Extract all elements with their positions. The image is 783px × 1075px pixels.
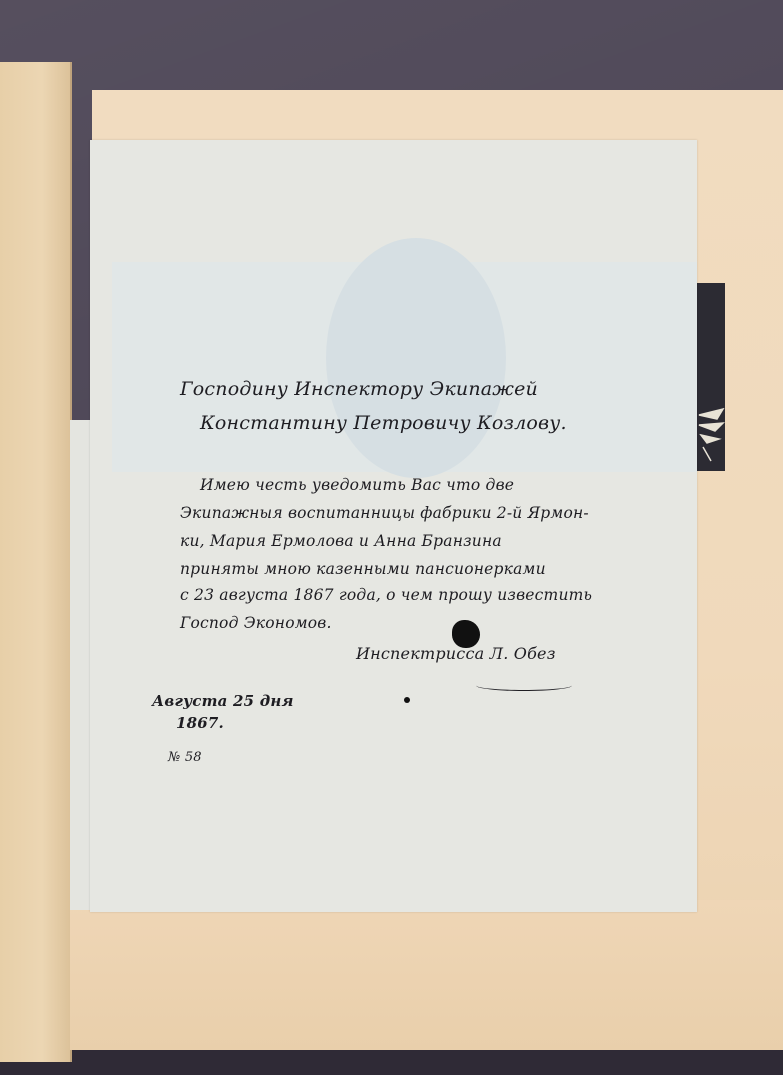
body-line: ки, Мария Ермолова и Анна Бранзина (180, 532, 502, 550)
sheet-edge (70, 420, 90, 910)
date-line-1: Августа 25 дня (152, 692, 294, 710)
signature-flourish (476, 680, 572, 691)
body-line: Экипажныя воспитанницы фабрики 2-й Ярмон… (180, 504, 589, 522)
address-line-1: Господину Инспектору Экипажей (180, 378, 538, 400)
ink-dot (404, 697, 410, 703)
body-line: Господ Экономов. (180, 614, 332, 632)
body-line: Имею честь уведомить Вас что две (200, 476, 514, 494)
date-line-2: 1867. (176, 714, 224, 732)
signature: Инспектрисса Л. Обез (356, 644, 556, 663)
address-line-2: Константину Петровичу Козлову. (200, 412, 567, 434)
body-line: приняты мною казенными пансионерками (180, 560, 546, 578)
body-line: с 23 августа 1867 года, о чем прошу изве… (180, 586, 592, 604)
printed-watermark-oval (326, 238, 506, 478)
letter-sheet: Господину Инспектору Экипажей Константин… (90, 140, 697, 912)
flower-icon (697, 395, 725, 465)
album-page-lower-margin (70, 900, 783, 1050)
album-left-page (0, 62, 72, 1062)
document-number: № 58 (168, 750, 202, 765)
